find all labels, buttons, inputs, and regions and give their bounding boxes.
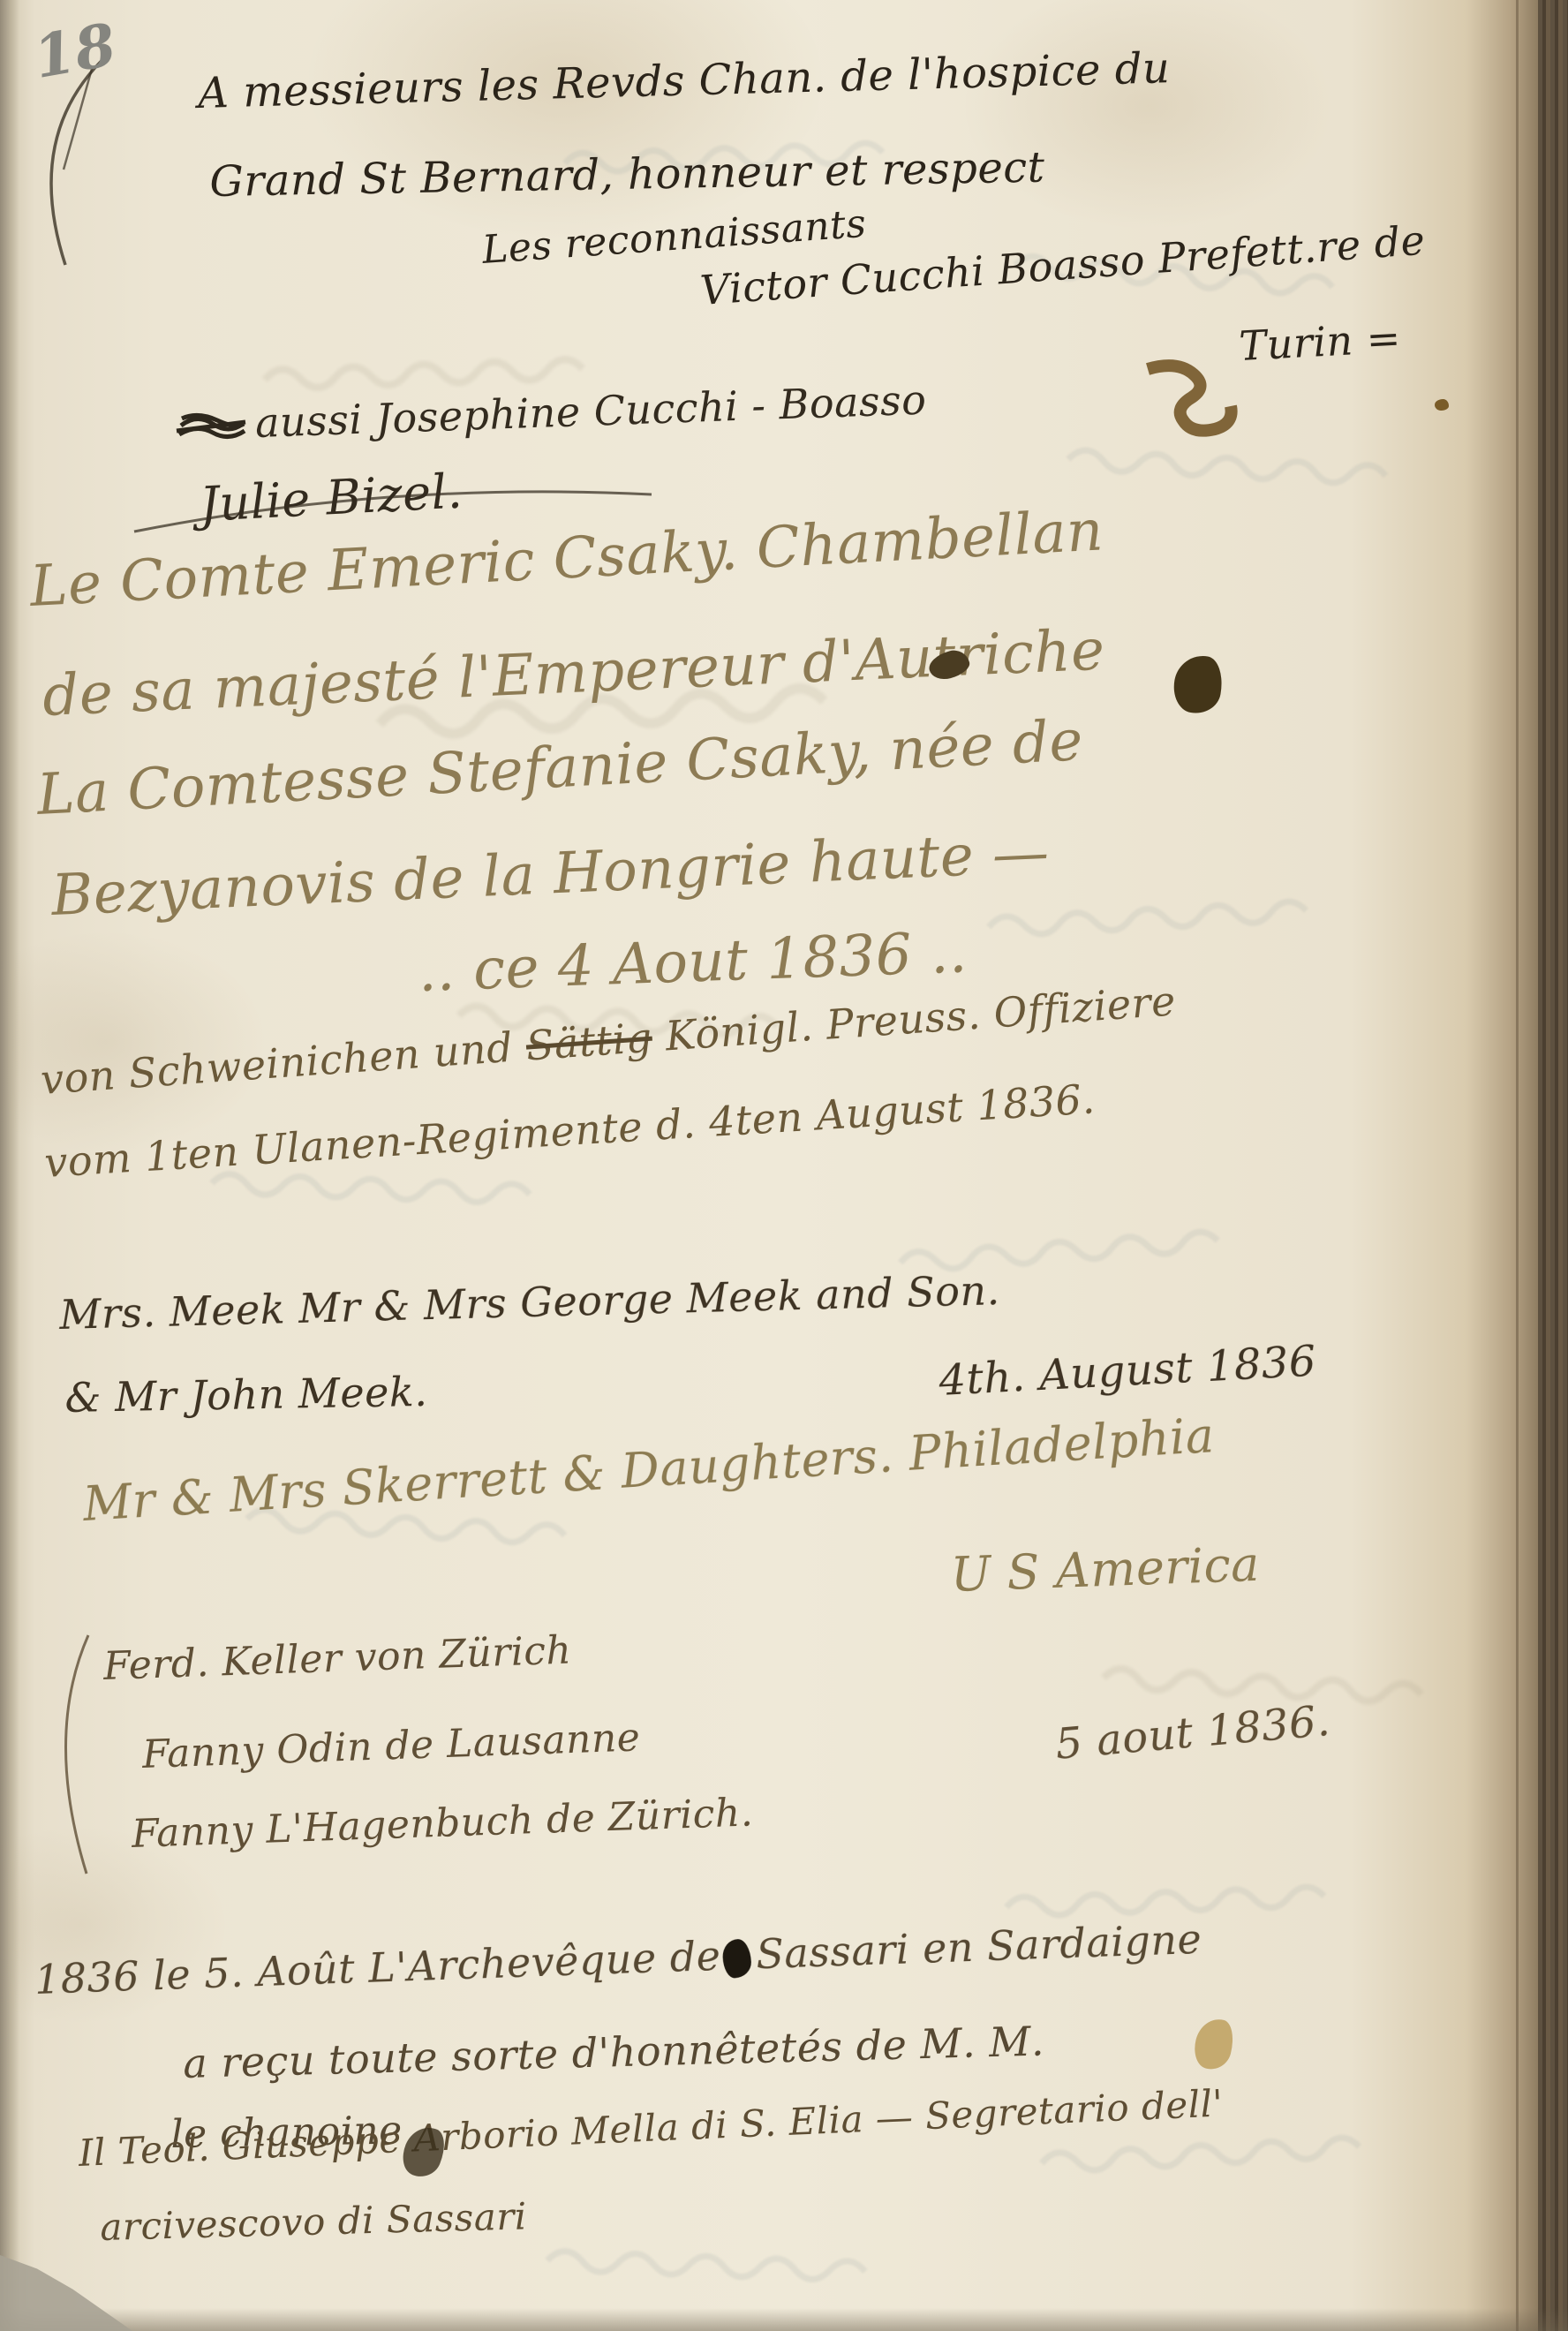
julie-entry: Julie Bizel. (199, 463, 464, 532)
scribbled-word (177, 415, 245, 436)
keller-line-1: Ferd. Keller von Zürich (102, 1628, 572, 1689)
archeveque-line-1: 1836 le 5. Août L'Archevêque deSassari e… (34, 1915, 1202, 2003)
ink-blot (1435, 399, 1449, 411)
page-gutter-shadow (1516, 0, 1519, 2331)
dedication-line-1: A messieurs les Revds Chan. de l'hospice… (198, 43, 1171, 118)
mella-line-1: Il Teol. Giuseppe Arborio Mella di S. El… (78, 2081, 1225, 2175)
dedication-signature-place: Turin = (1238, 313, 1402, 370)
mella-line-2: arcivescovo di Sassari (100, 2194, 528, 2249)
meek-date: 4th. August 1836 (938, 1337, 1317, 1406)
archeveque-line-1-pre: 1836 le 5. Août L'Archevêque de (34, 1932, 721, 2003)
csaky-line-1: Le Comte Emeric Csaky. Chambellan (28, 498, 1104, 620)
archeveque-line-2: a reçu toute sorte d'honnêtetés de M. M. (183, 2017, 1045, 2087)
ink-smudge (1148, 366, 1232, 430)
keller-line-3: Fanny L'Hagenbuch de Zürich. (131, 1790, 754, 1857)
margin-bracket-keller (65, 1635, 88, 1874)
page-bottom-edge (0, 2308, 1568, 2331)
schweinichen-names: von Schweinichen und (39, 1022, 528, 1104)
csaky-date-line: .. ce 4 Aout 1836 .. (417, 920, 968, 1005)
ink-blot-inline (722, 1939, 752, 1979)
schweinichen-struck-name: Sättig (524, 1014, 653, 1070)
keller-date: 5 aout 1836. (1053, 1696, 1332, 1769)
keller-line-2: Fanny Odin de Lausanne (141, 1715, 641, 1777)
csaky-line-3: La Comtesse Stefanie Csaky, née de (35, 708, 1084, 828)
under-page-corner (0, 2255, 132, 2331)
skerrett-line-1: Mr & Mrs Skerrett & Daughters. Philadelp… (81, 1407, 1216, 1532)
page-left-edge (0, 0, 19, 2331)
dedication-line-2: Grand St Bernard, honneur et respect (209, 142, 1045, 207)
book-spine-edge (1538, 0, 1568, 2331)
csaky-line-4: Bezyanovis de la Hongrie haute — (50, 820, 1051, 929)
page-number: 18 (28, 10, 121, 92)
meek-line-2: & Mr John Meek. (64, 1368, 428, 1422)
josephine-entry: aussi Josephine Cucchi - Boasso (254, 375, 927, 447)
meek-line-1: Mrs. Meek Mr & Mrs George Meek and Son. (59, 1266, 1001, 1339)
archeveque-line-1-post: Sassari en Sardaigne (755, 1915, 1202, 1979)
guestbook-page: 18 A messieurs les Revds Chan. de l'hosp… (0, 0, 1568, 2331)
ink-blot (1190, 2015, 1239, 2073)
ink-blot (1170, 652, 1227, 717)
skerrett-line-2: U S America (950, 1536, 1261, 1603)
